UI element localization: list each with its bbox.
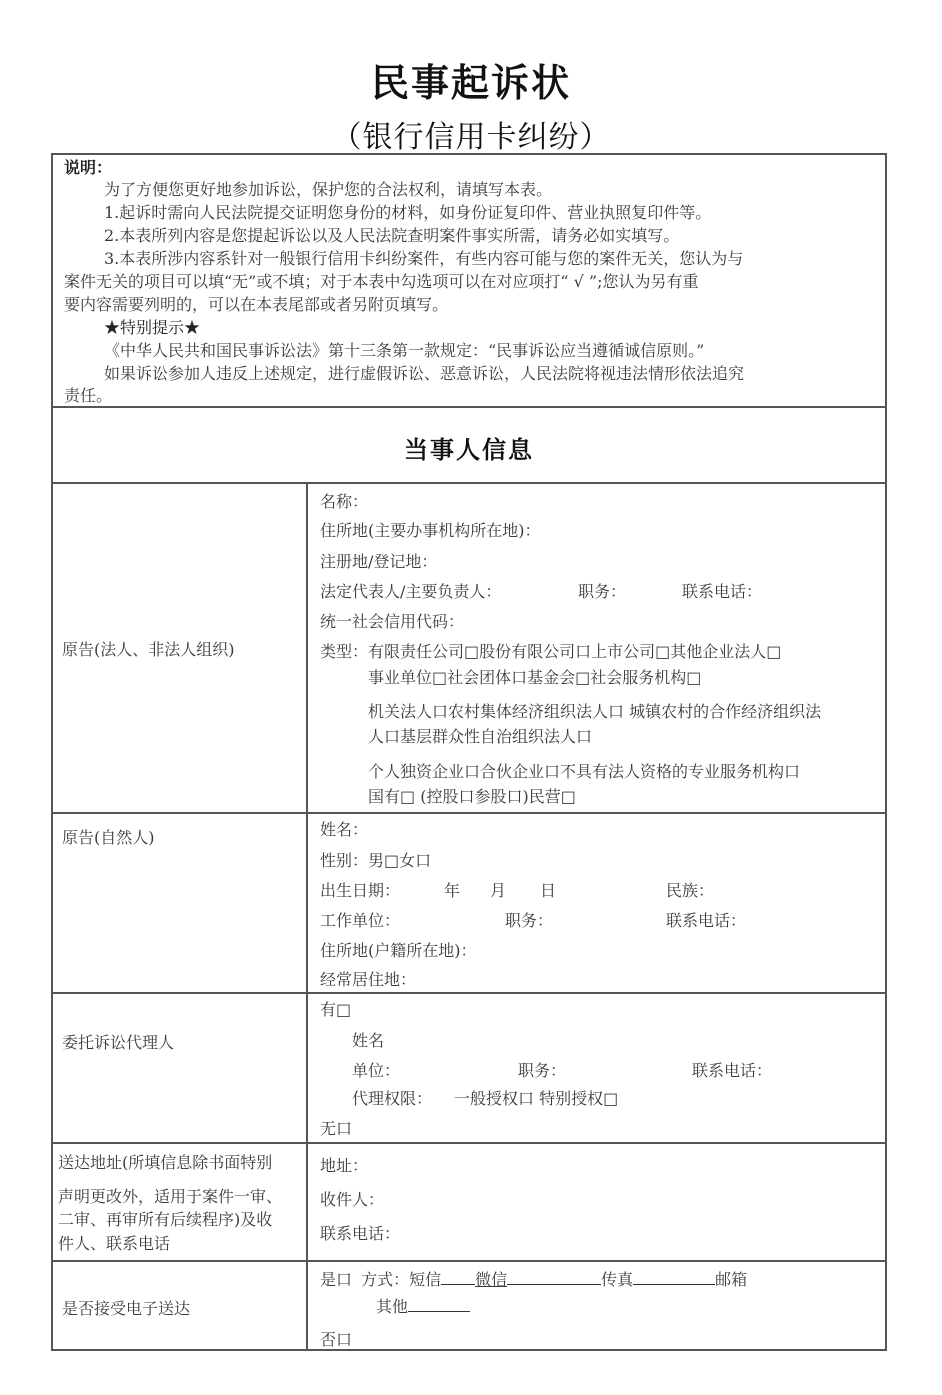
column-divider xyxy=(306,483,308,1351)
instructions-item-3-cont: 要内容需要列明的，可以在本表尾部或者另附页填写。 xyxy=(64,295,448,315)
field-person-phone[interactable]: 联系电话： xyxy=(666,911,746,931)
birth-year: 年 xyxy=(444,881,460,901)
type-options[interactable]: 国有□ (控股口参股口)民营□ xyxy=(368,787,576,807)
type-options[interactable]: 有限责任公司□股份有限公司口上市公司□其他企业法人□ xyxy=(368,642,781,662)
field-service-phone[interactable]: 联系电话： xyxy=(320,1224,400,1244)
instructions-intro: 为了方便您更好地参加诉讼，保护您的合法权利，请填写本表。 xyxy=(104,180,552,200)
electronic-yes-checkbox[interactable]: 是口 xyxy=(320,1270,352,1289)
electronic-line-2: 其他 xyxy=(376,1297,470,1317)
birth-month: 月 xyxy=(490,881,506,901)
instructions-item-2: 2.本表所列内容是您提起诉讼以及人民法院查明案件事实所需，请务必如实填写。 xyxy=(104,226,679,246)
sms-blank[interactable] xyxy=(441,1270,475,1285)
field-domicile[interactable]: 住所地(户籍所在地)： xyxy=(320,941,477,961)
document-title: 民事起诉状 xyxy=(0,52,942,107)
divider xyxy=(51,406,887,408)
row-label-service-address: 件人、联系电话 xyxy=(58,1234,170,1254)
fax-blank[interactable] xyxy=(633,1270,715,1285)
field-position[interactable]: 职务： xyxy=(578,582,626,602)
birth-day: 日 xyxy=(540,881,556,901)
type-label: 类型： xyxy=(320,642,368,662)
field-person-name[interactable]: 姓名： xyxy=(320,820,368,840)
special-notice-heading: ★特别提示★ xyxy=(104,318,200,338)
method-sms[interactable]: 短信 xyxy=(409,1270,441,1289)
method-email[interactable]: 邮箱 xyxy=(715,1270,747,1289)
section-title-parties: 当事人信息 xyxy=(51,430,887,465)
type-options[interactable]: 机关法人口农村集体经济组织法人口 城镇农村的合作经济组织法 xyxy=(368,702,821,722)
method-label: 方式： xyxy=(361,1270,409,1289)
special-notice-line: 《中华人民共和国民事诉讼法》第十三条第一款规定：“民事诉讼应当遵循诚信原则。” xyxy=(104,341,704,361)
row-label-electronic-service: 是否接受电子送达 xyxy=(62,1299,190,1319)
field-recipient[interactable]: 收件人： xyxy=(320,1190,384,1210)
divider xyxy=(51,812,887,814)
instructions-item-1: 1.起诉时需向人民法院提交证明您身份的材料，如身份证复印件、营业执照复印件等。 xyxy=(104,203,711,223)
instructions-item-3: 3.本表所涉内容系针对一般银行信用卡纠纷案件，有些内容可能与您的案件无关，您认为… xyxy=(104,249,743,269)
agent-authority-options[interactable]: 一般授权口 特别授权□ xyxy=(454,1089,618,1109)
document-subtitle: （银行信用卡纠纷） xyxy=(0,112,942,156)
electronic-line-1: 是口 方式：短信微信传真邮箱 xyxy=(320,1270,747,1290)
field-registered[interactable]: 注册地/登记地： xyxy=(320,552,437,572)
instructions-item-3-cont: 案件无关的项目可以填“无”或不填；对于本表中勾选项可以在对应项打“ √ ”;您认… xyxy=(64,272,698,292)
instructions-heading: 说明： xyxy=(64,158,112,178)
type-options[interactable]: 人口基层群众性自治组织法人口 xyxy=(368,727,592,747)
field-residence[interactable]: 经常居住地： xyxy=(320,970,416,990)
divider xyxy=(51,992,887,994)
method-other[interactable]: 其他 xyxy=(376,1297,408,1316)
field-legal-rep[interactable]: 法定代表人/主要负责人： xyxy=(320,582,501,602)
agent-yes-checkbox[interactable]: 有□ xyxy=(320,1000,351,1020)
method-fax[interactable]: 传真 xyxy=(601,1270,633,1289)
divider xyxy=(51,1260,887,1262)
type-options[interactable]: 个人独资企业口合伙企业口不具有法人资格的专业服务机构口 xyxy=(368,762,800,782)
type-options[interactable]: 事业单位□社会团体口基金会□社会服务机构□ xyxy=(368,668,701,688)
field-phone[interactable]: 联系电话： xyxy=(682,582,762,602)
field-agent-phone[interactable]: 联系电话： xyxy=(692,1061,772,1081)
field-agent-name[interactable]: 姓名 xyxy=(352,1031,384,1051)
electronic-no-checkbox[interactable]: 否口 xyxy=(320,1330,352,1350)
field-credit-code[interactable]: 统一社会信用代码： xyxy=(320,612,464,632)
field-employer[interactable]: 工作单位： xyxy=(320,911,400,931)
divider xyxy=(51,482,887,484)
row-label-service-address: 送达地址(所填信息除书面特别 xyxy=(58,1153,272,1173)
field-agent-position[interactable]: 职务： xyxy=(518,1061,566,1081)
field-address[interactable]: 住所地(主要办事机构所在地)： xyxy=(320,521,541,541)
wechat-blank[interactable] xyxy=(507,1270,601,1285)
special-notice-line: 责任。 xyxy=(64,386,112,406)
row-label-service-address: 声明更改外，适用于案件一审、 xyxy=(58,1187,282,1207)
field-service-address[interactable]: 地址： xyxy=(320,1156,368,1176)
method-wechat[interactable]: 微信 xyxy=(475,1270,507,1289)
field-person-position[interactable]: 职务： xyxy=(505,911,553,931)
field-ethnicity[interactable]: 民族： xyxy=(666,881,714,901)
special-notice-line: 如果诉讼参加人违反上述规定，进行虚假诉讼、恶意诉讼，人民法院将视违法情形依法追究 xyxy=(104,364,744,384)
agent-authority-label: 代理权限： xyxy=(352,1089,432,1109)
field-birth[interactable]: 出生日期： xyxy=(320,881,400,901)
field-gender[interactable]: 性别：男□女口 xyxy=(320,851,431,871)
row-label-service-address: 二审、再审所有后续程序)及收 xyxy=(58,1210,272,1230)
field-agent-unit[interactable]: 单位： xyxy=(352,1061,400,1081)
agent-no-checkbox[interactable]: 无口 xyxy=(320,1119,352,1139)
other-blank[interactable] xyxy=(408,1297,470,1312)
row-label-agent: 委托诉讼代理人 xyxy=(62,1033,174,1053)
row-label-plaintiff-org: 原告(法人、非法人组织) xyxy=(62,640,235,660)
field-name[interactable]: 名称： xyxy=(320,492,368,512)
divider xyxy=(51,1142,887,1144)
row-label-plaintiff-person: 原告(自然人) xyxy=(62,828,155,848)
